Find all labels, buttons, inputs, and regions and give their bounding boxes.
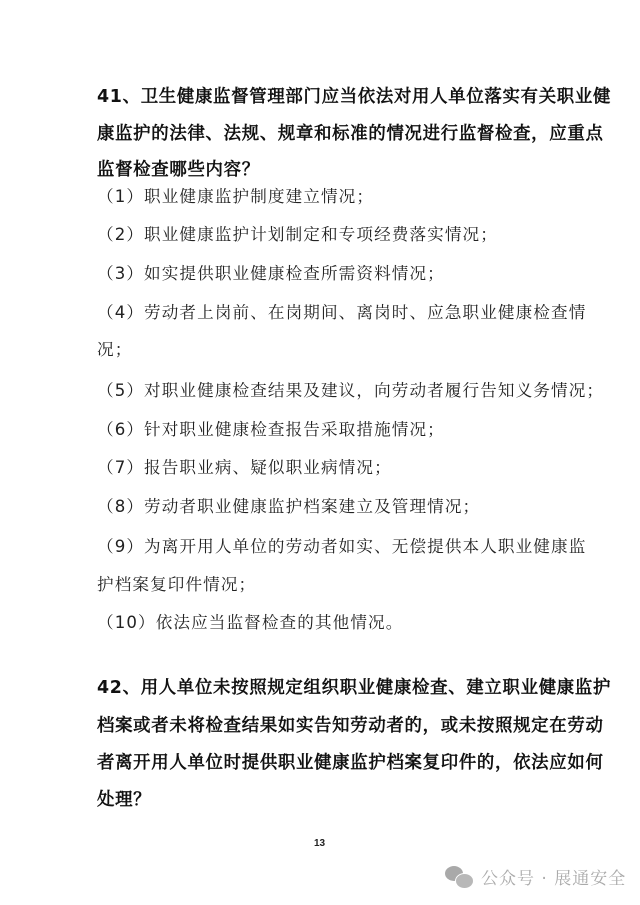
answer-item-8: （8）劳动者职业健康监护档案建立及管理情况； [97, 496, 480, 518]
question-42-line-4: 处理？ [97, 789, 151, 811]
answer-item-5: （5）对职业健康检查结果及建议，向劳动者履行告知义务情况； [97, 380, 604, 402]
question-41-line-2: 康监护的法律、法规、规章和标准的情况进行监督检查，应重点 [97, 123, 604, 145]
answer-item-2: （2）职业健康监护计划制定和专项经费落实情况； [97, 224, 498, 246]
question-42-line-1: 42、用人单位未按照规定组织职业健康检查、建立职业健康监护 [97, 677, 611, 699]
answer-item-3: （3）如实提供职业健康检查所需资料情况； [97, 263, 445, 285]
answer-item-4-cont: 况； [97, 339, 132, 361]
question-42-line-2: 档案或者未将检查结果如实告知劳动者的，或未按照规定在劳动 [97, 715, 604, 737]
answer-item-9: （9）为离开用人单位的劳动者如实、无偿提供本人职业健康监 [97, 536, 586, 558]
watermark-text: 公众号 · 展通安全 [481, 864, 626, 889]
question-41-line-1: 41、卫生健康监督管理部门应当依法对用人单位落实有关职业健 [97, 86, 611, 108]
answer-item-4: （4）劳动者上岗前、在岗期间、离岗时、应急职业健康检查情 [97, 302, 586, 324]
answer-item-9-cont: 护档案复印件情况； [97, 574, 256, 596]
answer-item-10: （10）依法应当监督检查的其他情况。 [97, 612, 403, 634]
answer-item-1: （1）职业健康监护制度建立情况； [97, 186, 374, 208]
answer-item-6: （6）针对职业健康检查报告采取措施情况； [97, 419, 445, 441]
question-41-line-3: 监督检查哪些内容？ [97, 159, 260, 181]
answer-item-7: （7）报告职业病、疑似职业病情况； [97, 457, 392, 479]
question-42-line-3: 者离开用人单位时提供职业健康监护档案复印件的，依法应如何 [97, 752, 604, 774]
watermark: 公众号 · 展通安全 [445, 864, 626, 889]
page-number: 13 [314, 838, 325, 849]
wechat-icon [445, 866, 475, 888]
